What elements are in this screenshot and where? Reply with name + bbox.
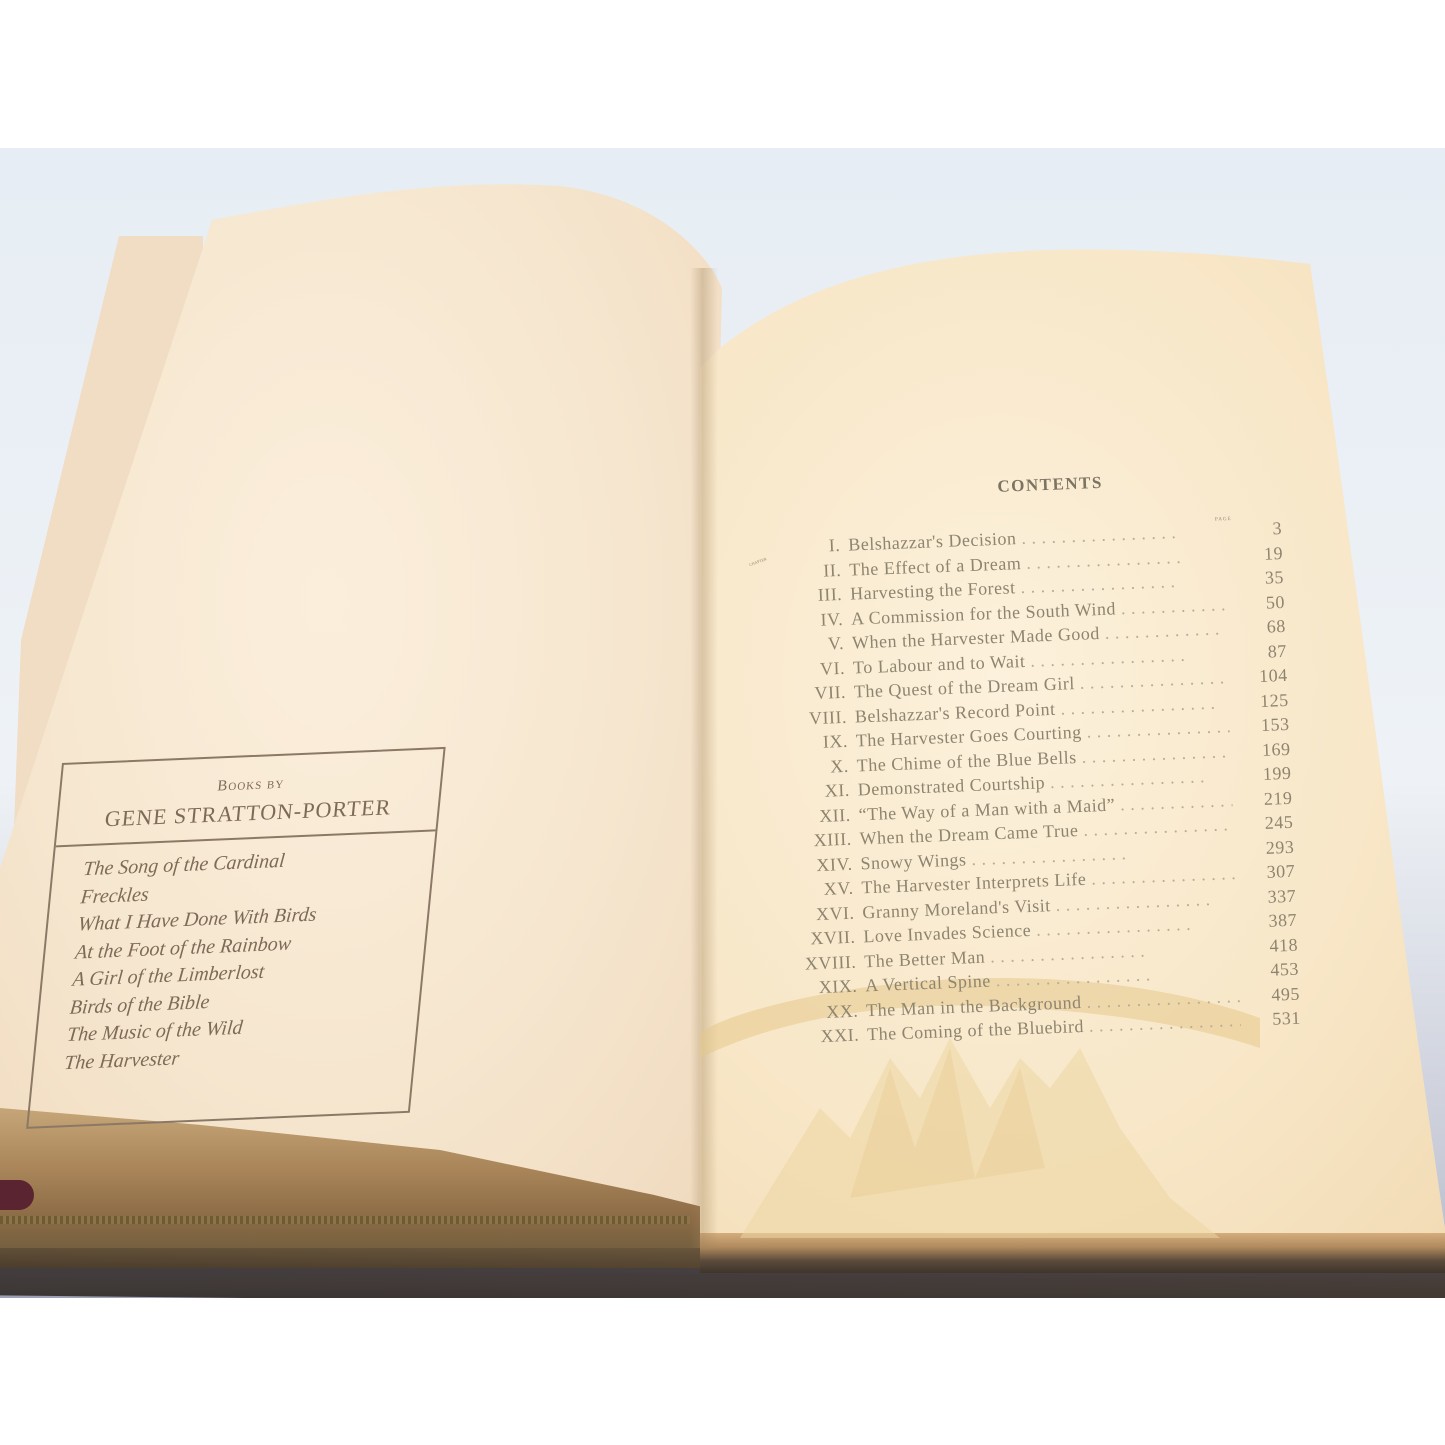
- chapter-page: 50: [1224, 588, 1365, 614]
- table-of-contents: CONTENTS page chapter I.Belshazzar's Dec…: [760, 463, 1381, 1052]
- chapter-number: XVII.: [777, 926, 864, 950]
- books-list: The Song of the Cardinal Freckles What I…: [33, 831, 435, 1078]
- chapter-number: XX.: [780, 1000, 867, 1024]
- chapter-page: 19: [1223, 539, 1364, 565]
- chapter-page: 337: [1236, 882, 1377, 908]
- chapter-number: XIX.: [779, 975, 866, 999]
- chapter-page: 293: [1234, 833, 1375, 859]
- chapter-number: XI.: [771, 779, 858, 803]
- chapter-number: XXI.: [781, 1024, 868, 1048]
- chapter-number: XVIII.: [778, 951, 865, 975]
- chapter-number: VII.: [768, 682, 855, 706]
- page-column-label: page: [1215, 514, 1232, 523]
- chapter-page: 245: [1233, 809, 1374, 835]
- chapter-page: 453: [1239, 956, 1380, 982]
- chapter-number: IV.: [765, 608, 852, 632]
- books-by-author-box: Books by GENE STRATTON-PORTER The Song o…: [26, 747, 446, 1129]
- chapter-page: 125: [1228, 686, 1369, 712]
- chapter-page: 87: [1226, 637, 1367, 663]
- chapter-number: IX.: [770, 731, 857, 755]
- right-page-stack: [700, 1233, 1445, 1273]
- chapter-number: VIII.: [769, 706, 856, 730]
- chapter-list: I.Belshazzar's Decision3 II.The Effect o…: [762, 515, 1381, 1052]
- chapter-number: I.: [762, 535, 849, 559]
- chapter-number: XIII.: [773, 828, 860, 852]
- chapter-page: 495: [1240, 980, 1381, 1006]
- chapter-number: XV.: [775, 877, 862, 901]
- chapter-number: II.: [763, 559, 850, 583]
- chapter-number: XIV.: [774, 853, 861, 877]
- binding-stitch: [0, 1216, 690, 1224]
- chapter-page: 153: [1229, 711, 1370, 737]
- chapter-number: X.: [770, 755, 857, 779]
- chapter-page: 219: [1232, 784, 1373, 810]
- chapter-page: 418: [1238, 931, 1379, 957]
- chapter-number: III.: [764, 584, 851, 608]
- chapter-page: 104: [1227, 662, 1368, 688]
- chapter-number: XII.: [772, 804, 859, 828]
- chapter-number: VI.: [767, 657, 854, 681]
- chapter-page: 68: [1225, 613, 1366, 639]
- chapter-page: 531: [1240, 1005, 1381, 1031]
- chapter-page: 199: [1231, 760, 1372, 786]
- bookmark-ribbon: [0, 1180, 34, 1210]
- chapter-page: 35: [1224, 564, 1365, 590]
- chapter-page: 3: [1222, 515, 1363, 541]
- book-photo: Books by GENE STRATTON-PORTER The Song o…: [0, 148, 1445, 1298]
- chapter-number: XVI.: [776, 902, 863, 926]
- chapter-page: 387: [1237, 907, 1378, 933]
- chapter-number: V.: [766, 633, 853, 657]
- chapter-page: 169: [1230, 735, 1371, 761]
- chapter-page: 307: [1235, 858, 1376, 884]
